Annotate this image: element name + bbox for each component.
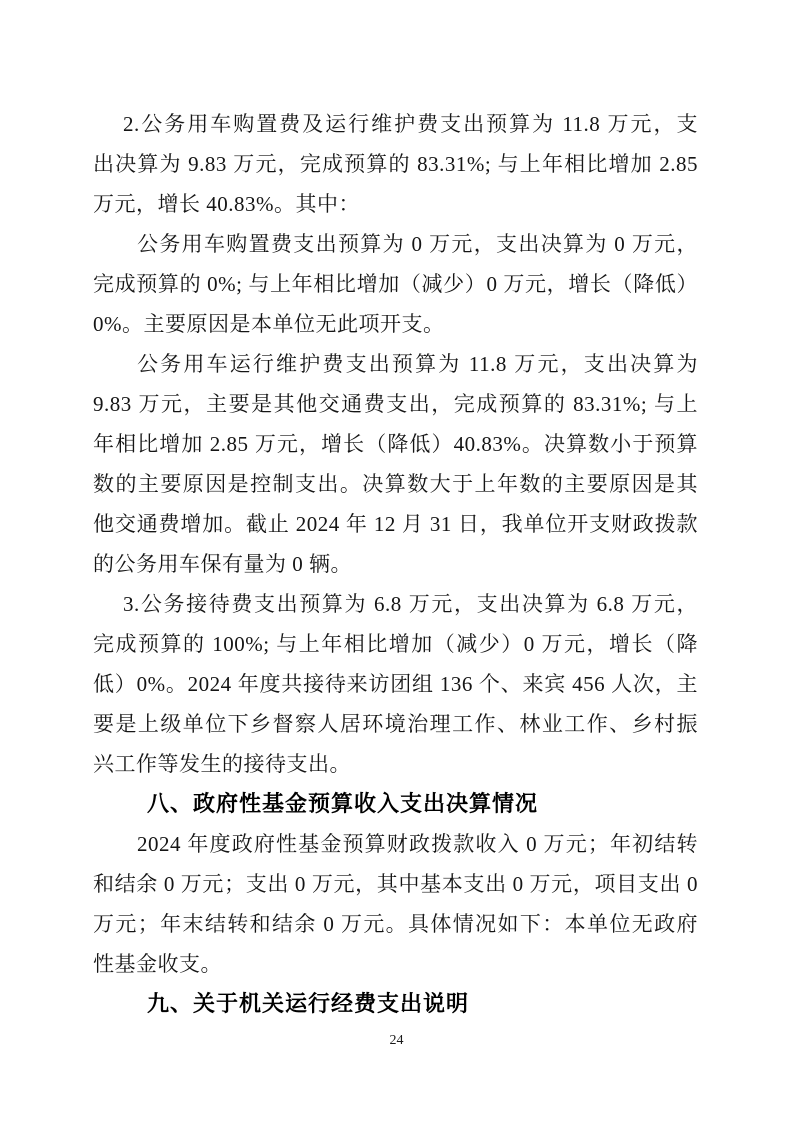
paragraph-line: 和结余 0 万元；支出 0 万元，其中基本支出 0 万元，项目支出 0 <box>93 864 698 904</box>
paragraph-line: 数的主要原因是控制支出。决算数大于上年数的主要原因是其 <box>93 464 698 504</box>
section-heading-9: 九、关于机关运行经费支出说明 <box>93 984 698 1024</box>
page-number: 24 <box>0 1033 793 1049</box>
paragraph-line: 2024 年度政府性基金预算财政拨款收入 0 万元；年初结转 <box>93 824 698 864</box>
paragraph-line: 低）0%。2024 年度共接待来访团组 136 个、来宾 456 人次，主 <box>93 664 698 704</box>
paragraph-line: 完成预算的 100%; 与上年相比增加（减少）0 万元，增长（降 <box>93 624 698 664</box>
paragraph-line: 0%。主要原因是本单位无此项开支。 <box>93 304 698 344</box>
paragraph-line: 2.公务用车购置费及运行维护费支出预算为 11.8 万元，支 <box>93 104 698 144</box>
paragraph-line: 出决算为 9.83 万元，完成预算的 83.31%; 与上年相比增加 2.85 <box>93 144 698 184</box>
paragraph-line: 完成预算的 0%; 与上年相比增加（减少）0 万元，增长（降低） <box>93 264 698 304</box>
section-heading-8: 八、政府性基金预算收入支出决算情况 <box>93 784 698 824</box>
paragraph-line: 性基金收支。 <box>93 944 698 984</box>
paragraph-line: 要是上级单位下乡督察人居环境治理工作、林业工作、乡村振 <box>93 704 698 744</box>
document-page: 2.公务用车购置费及运行维护费支出预算为 11.8 万元，支 出决算为 9.83… <box>0 0 793 1122</box>
paragraph-line: 兴工作等发生的接待支出。 <box>93 744 698 784</box>
paragraph-line: 9.83 万元，主要是其他交通费支出，完成预算的 83.31%; 与上 <box>93 384 698 424</box>
paragraph-line: 3.公务接待费支出预算为 6.8 万元，支出决算为 6.8 万元， <box>93 584 698 624</box>
paragraph-line: 公务用车购置费支出预算为 0 万元，支出决算为 0 万元， <box>93 224 698 264</box>
paragraph-line: 的公务用车保有量为 0 辆。 <box>93 544 698 584</box>
paragraph-line: 万元；年末结转和结余 0 万元。具体情况如下：本单位无政府 <box>93 904 698 944</box>
paragraph-line: 万元，增长 40.83%。其中： <box>93 184 698 224</box>
paragraph-line: 他交通费增加。截止 2024 年 12 月 31 日，我单位开支财政拨款 <box>93 504 698 544</box>
document-body: 2.公务用车购置费及运行维护费支出预算为 11.8 万元，支 出决算为 9.83… <box>93 104 698 1024</box>
paragraph-line: 年相比增加 2.85 万元，增长（降低）40.83%。决算数小于预算 <box>93 424 698 464</box>
paragraph-line: 公务用车运行维护费支出预算为 11.8 万元，支出决算为 <box>93 344 698 384</box>
